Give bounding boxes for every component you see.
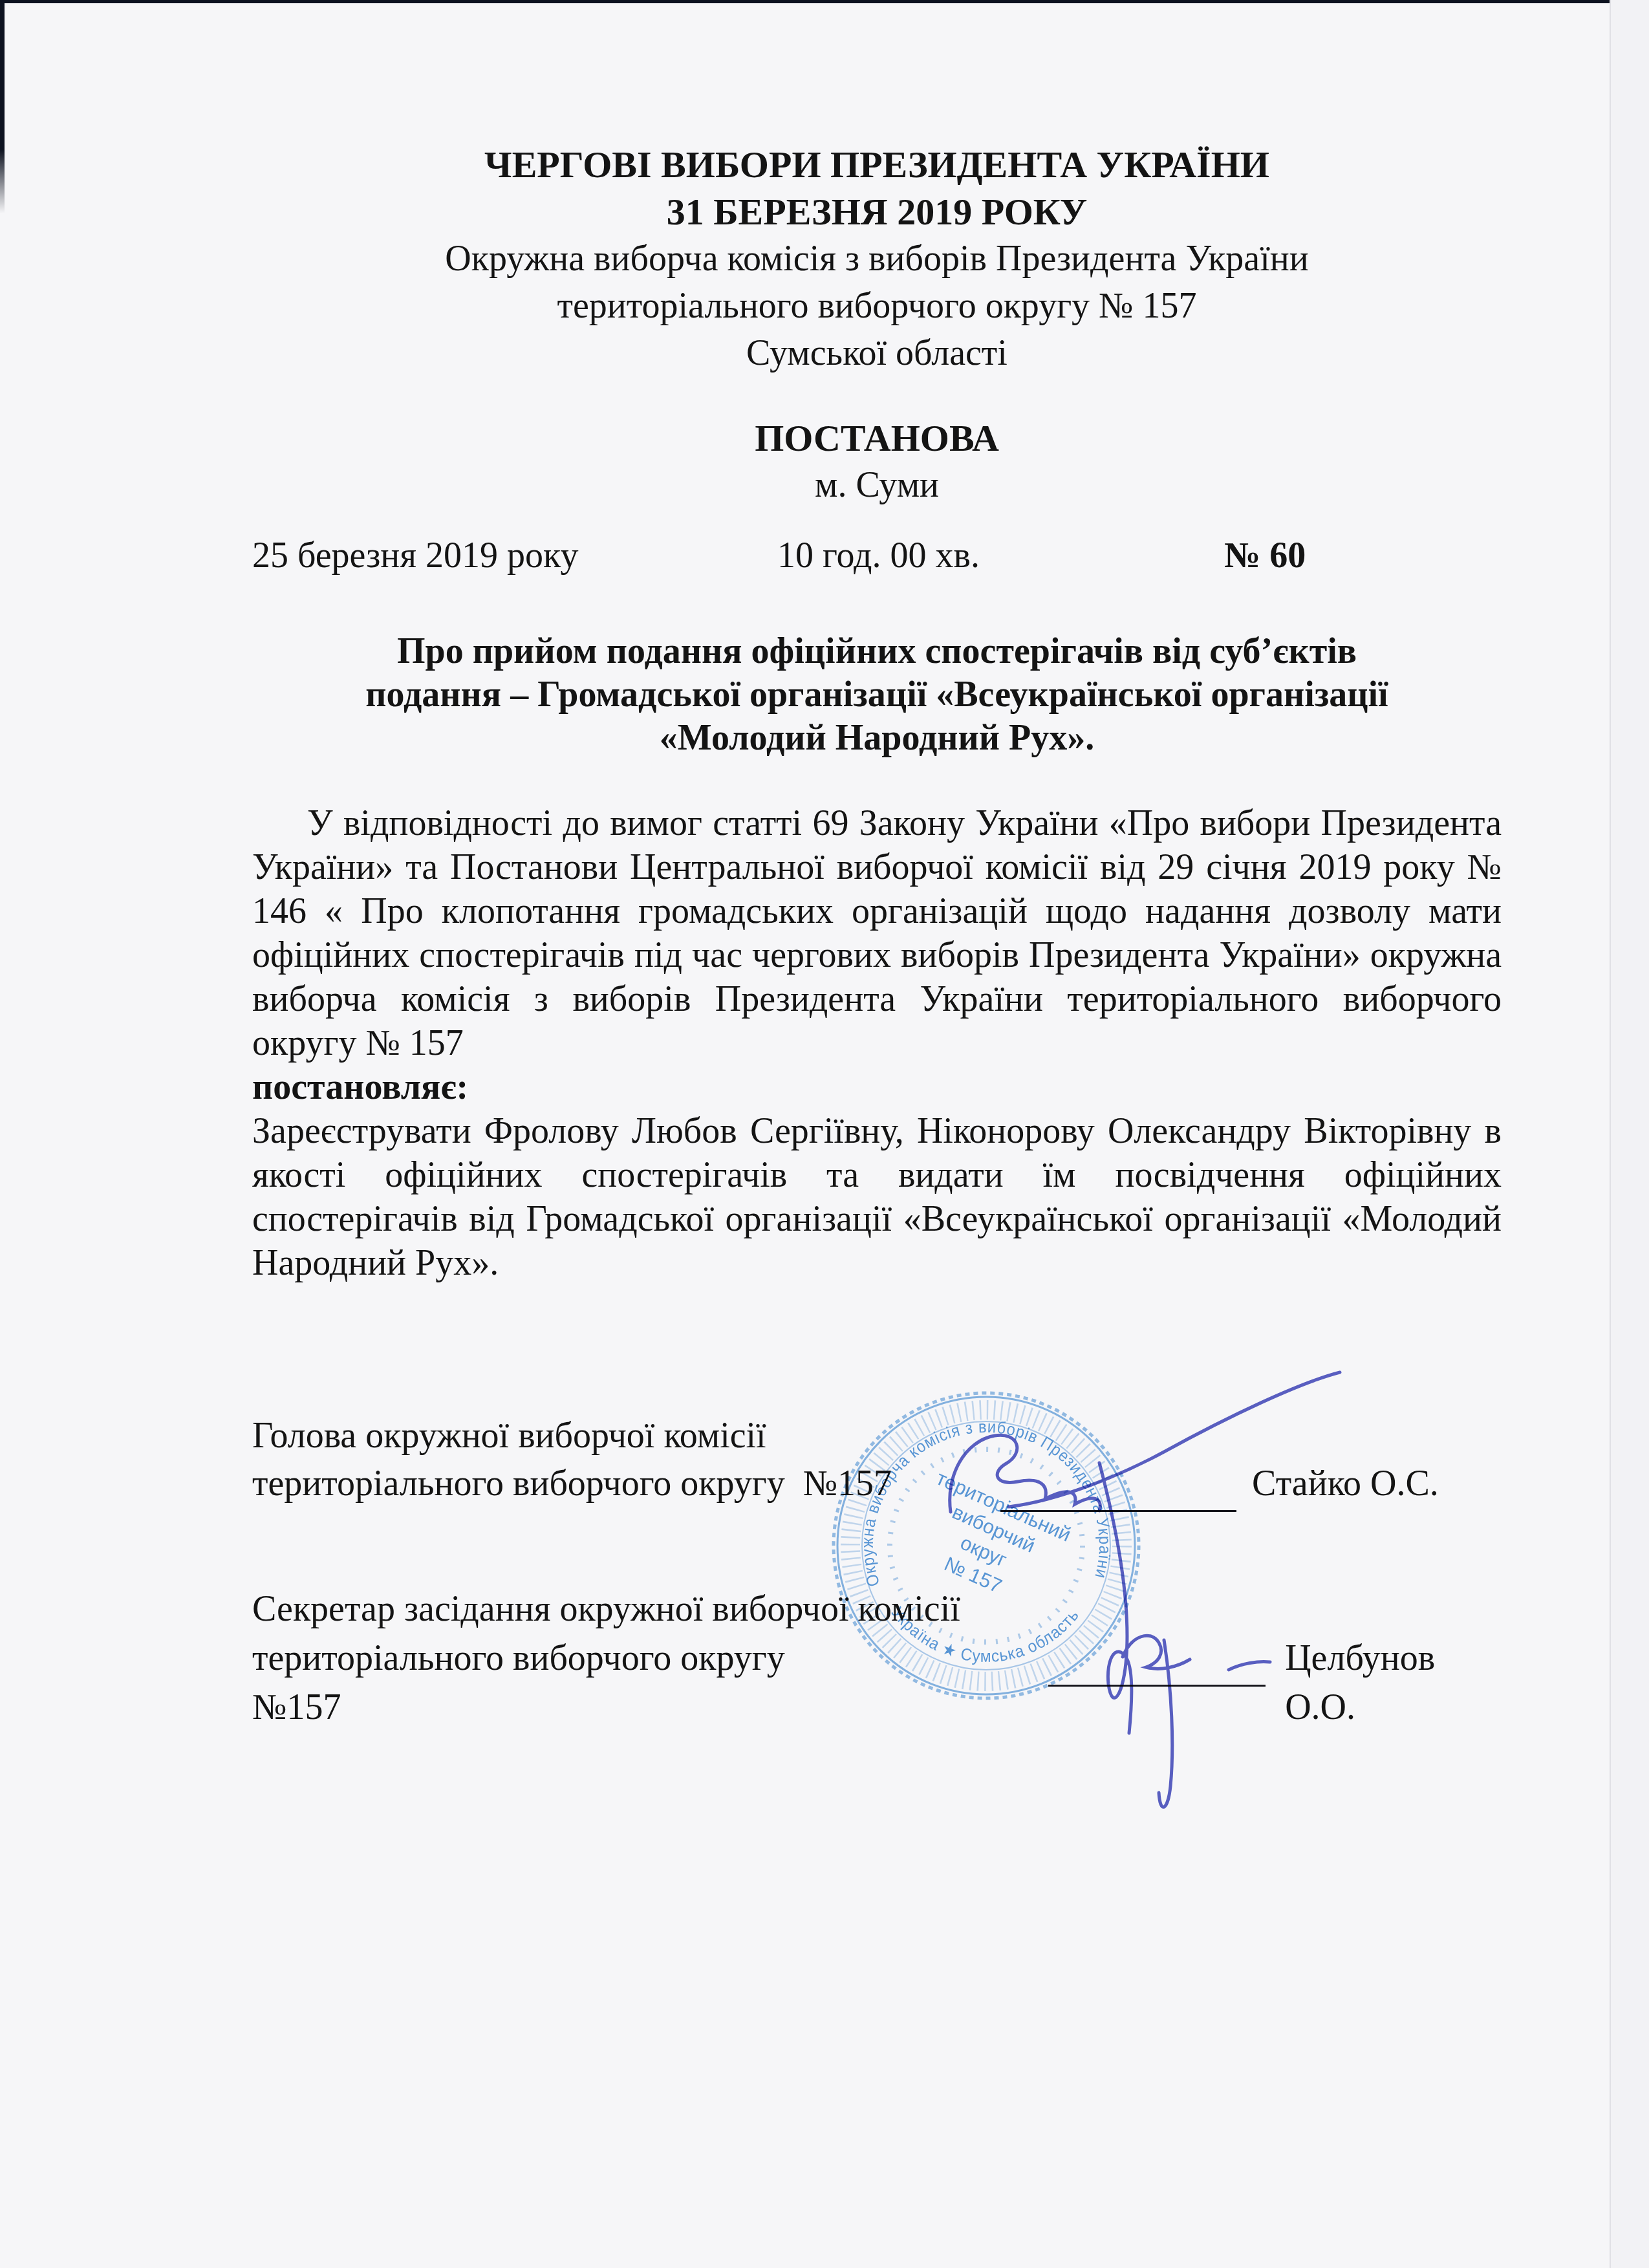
header-title-line2: 31 БЕРЕЗНЯ 2019 РОКУ xyxy=(252,188,1502,235)
signature-secretary-dash xyxy=(1229,1662,1270,1670)
meta-number: № 60 xyxy=(1224,532,1306,579)
document-page: ЧЕРГОВІ ВИБОРИ ПРЕЗИДЕНТА УКРАЇНИ 31 БЕР… xyxy=(0,0,1649,2268)
signature-head-loops xyxy=(950,1435,1101,1512)
signature-head-flourish xyxy=(1009,1372,1340,1507)
header-title-line1: ЧЕРГОВІ ВИБОРИ ПРЕЗИДЕНТА УКРАЇНИ xyxy=(252,141,1502,188)
scan-edge-left xyxy=(0,0,5,213)
body-paragraph-resolution: Зареєструвати Фролову Любов Сергіївну, Н… xyxy=(252,1109,1502,1285)
signature-head-tail xyxy=(1099,1463,1132,1733)
meta-time: 10 год. 00 хв. xyxy=(777,532,980,579)
document-type-title: ПОСТАНОВА xyxy=(252,415,1502,462)
signature-secretary-squiggle xyxy=(1123,1636,1190,1669)
body-text: У відповідності до вимог статті 69 Закон… xyxy=(252,801,1502,1285)
subject-block: Про прийом подання офіційних спостерігач… xyxy=(252,630,1502,760)
scan-edge-top xyxy=(0,0,1649,3)
signer-title-line2: територіального виборчого округу №157 xyxy=(252,1460,892,1507)
scan-paper-margin-right xyxy=(1611,0,1649,2268)
handwritten-signatures-icon xyxy=(873,1326,1390,1843)
signature-secretary-tail xyxy=(1159,1640,1172,1807)
subject-line: Про прийом подання офіційних спостерігач… xyxy=(252,630,1502,673)
header-district-line: територіального виборчого округу № 157 xyxy=(252,283,1502,330)
subject-line: «Молодий Народний Рух». xyxy=(252,717,1502,760)
header-commission-line: Окружна виборча комісія з виборів Презид… xyxy=(252,235,1502,283)
scan-paper-edge-right xyxy=(1610,0,1611,2268)
signer-title-line2: територіального виборчого округу №157 xyxy=(252,1634,856,1732)
header-region-line: Сумської області xyxy=(252,330,1502,377)
document-city: м. Суми xyxy=(252,462,1502,509)
subject-line: подання – Громадської організації «Всеук… xyxy=(252,673,1502,717)
body-paragraph-preamble: У відповідності до вимог статті 69 Закон… xyxy=(252,801,1502,1065)
meta-date: 25 березня 2019 року xyxy=(252,532,578,579)
body-resolves-word: постановляє: xyxy=(252,1065,1502,1109)
meta-row: 25 березня 2019 року 10 год. 00 хв. № 60 xyxy=(252,532,1502,579)
